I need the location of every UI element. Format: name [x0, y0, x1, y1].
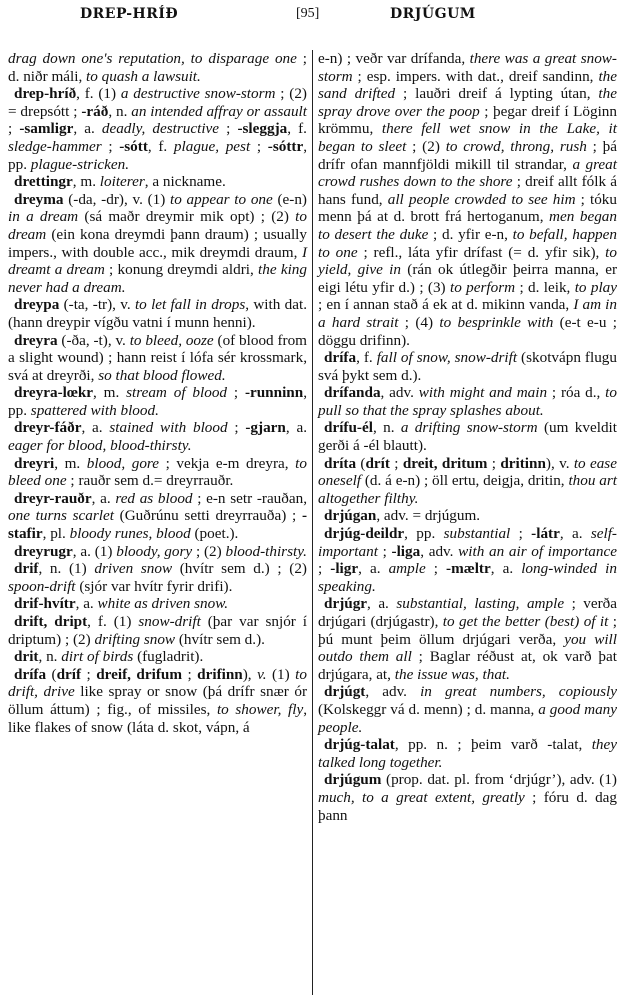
entry-text: , f.	[148, 138, 174, 155]
headword: dreyr-fáðr	[14, 419, 81, 436]
entry-text: , n.	[373, 419, 401, 436]
entry-text: ; en í annan stað á ek at d. mikinn vand…	[318, 296, 573, 313]
entry-text: (sá maðr dreymir mik opt) ; (2)	[78, 208, 295, 225]
headword: dritinn	[500, 455, 546, 472]
translation: plague, pest	[174, 138, 250, 155]
dictionary-entry: dreyrugr, a. (1) bloody, gory ; (2) bloo…	[8, 543, 307, 561]
entry-text: , f. (1)	[76, 85, 121, 102]
translation: bloody, gory	[116, 543, 192, 560]
headword: -ráð	[81, 103, 108, 120]
dictionary-entry: dreypa (-ta, -tr), v. to let fall in dro…	[8, 296, 307, 331]
entry-text: ;	[426, 560, 446, 577]
headword: -liga	[392, 543, 421, 560]
translation: white as driven snow.	[98, 595, 229, 612]
translation: the issue was, that.	[395, 666, 510, 683]
headword: drifinn	[197, 666, 243, 683]
entry-text: ;	[390, 455, 403, 472]
headword: dreyrugr	[14, 543, 73, 560]
entry-text: (-da, -dr), v. (1)	[64, 191, 171, 208]
entry-text: ; róa d.,	[547, 384, 605, 401]
translation: so that blood flowed.	[98, 367, 225, 384]
entry-text: ;	[81, 666, 96, 683]
headword: dreif, drifum	[96, 666, 182, 683]
headword: -sleggja	[237, 120, 287, 137]
entry-text: , a.	[73, 120, 102, 137]
entry-text: (d. á e-n) ; öll ertu, deigja, dritin,	[361, 472, 568, 489]
translation: in great numbers, copiously	[420, 683, 617, 700]
entry-text: (Kolskeggr vá d. menn) ; d. manna,	[318, 701, 538, 718]
headword: drjúg-deildr	[324, 525, 404, 542]
entry-text: (hvítr sem d.) ; (2)	[172, 560, 307, 577]
entry-text: (1)	[267, 666, 296, 683]
entry-text: ; (2)	[192, 543, 225, 560]
entry-text: , m.	[54, 455, 87, 472]
dictionary-entry: drífa, f. fall of snow, snow-drift (skot…	[318, 349, 617, 384]
dictionary-entry: drjúgt, adv. in great numbers, copiously…	[318, 683, 617, 736]
entry-text: (e-n)	[273, 191, 307, 208]
headword: dreyra-lœkr	[14, 384, 93, 401]
translation: eager for blood, blood-thirsty.	[8, 437, 192, 454]
entry-text: (poet.).	[191, 525, 239, 542]
entry-text: , adv.	[381, 384, 419, 401]
right-guide-word: DRJÚGUM	[390, 6, 476, 22]
translation: to crowd, throng, rush	[446, 138, 587, 155]
headword: dríta	[324, 455, 356, 472]
translation: to besprinkle with	[439, 314, 553, 331]
headword: dreyr-rauðr	[14, 490, 92, 507]
entry-text: ),	[243, 666, 257, 683]
entry-text: , adv.	[365, 683, 420, 700]
dictionary-entry: drjúg-talat, pp. n. ; þeim varð -talat, …	[318, 736, 617, 771]
dictionary-entry: drettingr, m. loiterer, a nickname.	[8, 173, 307, 191]
headword: -látr	[531, 525, 560, 542]
translation: to quash a lawsuit.	[86, 68, 201, 85]
headword: drífa	[324, 349, 356, 366]
dictionary-entry: dreyra-lœkr, m. stream of blood ; -runni…	[8, 384, 307, 419]
translation: an intended affray or assault	[131, 103, 307, 120]
headword: -sótt	[119, 138, 148, 155]
translation: ample	[389, 560, 426, 577]
headword: drep-hríð	[14, 85, 76, 102]
entry-text: ; d. leik,	[515, 279, 575, 296]
translation: sledge-hammer	[8, 138, 102, 155]
translation: one turns scarlet	[8, 507, 114, 524]
entry-text: (ein kona dreymdi þann draum) ; usually …	[8, 226, 307, 261]
entry-text: , n.	[108, 103, 131, 120]
translation: snow-drift	[138, 613, 200, 630]
headword: drjúgum	[324, 771, 381, 788]
entry-text: ;	[227, 384, 245, 401]
dictionary-entry: drjúgr, a. substantial, lasting, ample ;…	[318, 595, 617, 683]
entry-text: ; vekja e-m dreyra,	[159, 455, 295, 472]
left-guide-word: DREP-HRÍÐ	[80, 6, 178, 22]
dictionary-entry: dreyr-fáðr, a. stained with blood ; -gja…	[8, 419, 307, 454]
entry-text: ; e-n setr -rauðan,	[193, 490, 308, 507]
entry-text: ; d. yfir e-n,	[428, 226, 512, 243]
translation: to let fall in drops	[135, 296, 245, 313]
headword: drif-hvítr	[14, 595, 76, 612]
dictionary-entry: drep-hríð, f. (1) a destructive snow-sto…	[8, 85, 307, 173]
entry-text: , pp.	[404, 525, 443, 542]
headword: -gjarn	[245, 419, 286, 436]
translation: substantial	[444, 525, 511, 542]
translation: red as blood	[115, 490, 192, 507]
entry-text: , n. (1)	[38, 560, 94, 577]
entry-text: ;	[378, 543, 392, 560]
headword: dreyra	[14, 332, 58, 349]
dictionary-entry: drjúgan, adv. = drjúgum.	[318, 507, 617, 525]
entry-text: , a.	[358, 560, 388, 577]
entry-text: ;	[8, 120, 19, 137]
dictionary-entry: dreyra (-ða, -t), v. to bleed, ooze (of …	[8, 332, 307, 385]
headword: drif	[14, 560, 38, 577]
entry-text: ;	[219, 120, 237, 137]
dictionary-entry: dreyma (-da, -dr), v. (1) to appear to o…	[8, 191, 307, 297]
translation: drag down one's reputation, to disparage…	[8, 50, 297, 67]
entry-text: , f.	[356, 349, 377, 366]
dictionary-entry: drífu-él, n. a drifting snow-storm (um k…	[318, 419, 617, 454]
entry-text: ; konung dreymdi aldri,	[105, 261, 258, 278]
headword: drífanda	[324, 384, 381, 401]
headword: dreyma	[14, 191, 64, 208]
translation: a destructive snow-storm	[121, 85, 276, 102]
headword: drjúg-talat	[324, 736, 395, 753]
translation: to play	[575, 279, 617, 296]
translation: blood, gore	[87, 455, 159, 472]
translation: with might and main	[419, 384, 547, 401]
headword: drit	[14, 648, 38, 665]
headword: dreypa	[14, 296, 59, 313]
entry-text: , n.	[38, 648, 61, 665]
entry-text: , a.	[367, 595, 396, 612]
entry-text: , m.	[93, 384, 126, 401]
translation: deadly, destructive	[102, 120, 219, 137]
translation: substantial, lasting, ample	[396, 595, 564, 612]
entry-text: ;	[228, 419, 246, 436]
dictionary-entry: drífanda, adv. with might and main ; róa…	[318, 384, 617, 419]
translation: dirt of birds	[61, 648, 133, 665]
translation: with an air of importance	[458, 543, 617, 560]
translation: all people crowded to see him	[388, 191, 576, 208]
entry-text: (-ða, -t), v.	[58, 332, 130, 349]
translation: to perform	[450, 279, 515, 296]
entry-text: , pp. n. ; þeim varð -talat,	[395, 736, 592, 753]
translation: plague-stricken.	[31, 156, 129, 173]
entry-text: , f. (1)	[87, 613, 138, 630]
entry-text: , a. (1)	[73, 543, 116, 560]
translation: loiterer	[100, 173, 145, 190]
dictionary-entry: dreyri, m. blood, gore ; vekja e-m dreyr…	[8, 455, 307, 490]
entry-text: , a.	[560, 525, 591, 542]
translation: drifting snow	[94, 631, 175, 648]
entry-text: ), v.	[546, 455, 574, 472]
headword: drjúgt	[324, 683, 365, 700]
entry-text: , a.	[286, 419, 307, 436]
entry-text: ;	[182, 666, 197, 683]
dictionary-entry: dreyr-rauðr, a. red as blood ; e-n setr …	[8, 490, 307, 543]
dictionary-entry: e-n) ; veðr var drífanda, there was a gr…	[318, 50, 617, 349]
headword: -runninn	[245, 384, 303, 401]
entry-text: ; refl., láta yfir drífast (= d. yfir si…	[358, 244, 606, 261]
entry-text: (hvítr sem d.).	[175, 631, 265, 648]
translation: blood-thirsty.	[225, 543, 306, 560]
entry-text: , a.	[92, 490, 116, 507]
dictionary-entry: drjúgum (prop. dat. pl. from ‘drjúgr’), …	[318, 771, 617, 824]
translation: a drifting snow-storm	[401, 419, 538, 436]
entry-text: , f.	[287, 120, 307, 137]
dictionary-entry: dríta (drít ; dreit, dritum ; dritinn), …	[318, 455, 617, 508]
headword: -ligr	[330, 560, 358, 577]
dictionary-entry: drit, n. dirt of birds (fugladrit).	[8, 648, 307, 666]
headword: dreit, dritum	[403, 455, 488, 472]
entry-text: ;	[318, 560, 330, 577]
running-header: DREP-HRÍÐ [95] DRJÚGUM	[0, 4, 625, 28]
headword: drífu-él	[324, 419, 373, 436]
headword: -mæltr	[446, 560, 491, 577]
dictionary-entry: drag down one's reputation, to disparage…	[8, 50, 307, 85]
translation: in a dream	[8, 208, 78, 225]
dictionary-entry: drjúg-deildr, pp. substantial ; -látr, a…	[318, 525, 617, 595]
headword: dríf	[57, 666, 81, 683]
translation: spattered with blood.	[31, 402, 159, 419]
entry-text: , a nickname.	[145, 173, 226, 190]
entry-text: , m.	[73, 173, 100, 190]
translation: to appear to one	[170, 191, 273, 208]
headword: -sóttr	[268, 138, 303, 155]
entry-text: (fugladrit).	[133, 648, 203, 665]
translation: driven snow	[94, 560, 172, 577]
headword: drjúgan	[324, 507, 376, 524]
entry-text: ; (4)	[398, 314, 439, 331]
entry-text: ;	[250, 138, 268, 155]
entry-text: (	[46, 666, 57, 683]
entry-text: ; lauðri dreif á lypting útan,	[395, 85, 598, 102]
entry-text: , a.	[81, 419, 109, 436]
dictionary-entry: drífa (dríf ; dreif, drifum ; drifinn), …	[8, 666, 307, 736]
translation: stained with blood	[109, 419, 227, 436]
entry-text: , a.	[491, 560, 521, 577]
translation: bloody runes, blood	[70, 525, 191, 542]
entry-text: , adv.	[420, 543, 458, 560]
dictionary-entry: drif, n. (1) driven snow (hvítr sem d.) …	[8, 560, 307, 595]
entry-text: , pl.	[43, 525, 70, 542]
entry-text: ; esp. impers. with dat., dreif sandinn,	[353, 68, 599, 85]
right-column: e-n) ; veðr var drífanda, there was a gr…	[318, 50, 617, 824]
dictionary-entry: drift, dript, f. (1) snow-drift (þar var…	[8, 613, 307, 648]
translation: much, to a great extent, greatly	[318, 789, 525, 806]
headword: drettingr	[14, 173, 73, 190]
entry-text: ; rauðr sem d.= dreyrrauðr.	[67, 472, 234, 489]
translation: v.	[257, 666, 266, 683]
translation: to shower, fly	[217, 701, 303, 718]
entry-text: ;	[102, 138, 120, 155]
entry-text: , a.	[76, 595, 98, 612]
headword: drjúgr	[324, 595, 367, 612]
translation: stream of blood	[126, 384, 227, 401]
headword: drift, dript	[14, 613, 87, 630]
entry-text: ;	[510, 525, 531, 542]
entry-text: (prop. dat. pl. from ‘drjúgr’), adv. (1)	[381, 771, 617, 788]
translation: fall of snow, snow-drift	[377, 349, 517, 366]
entry-text: ; (2)	[406, 138, 445, 155]
column-divider	[312, 50, 313, 995]
dictionary-entry: drif-hvítr, a. white as driven snow.	[8, 595, 307, 613]
entry-text: ;	[487, 455, 500, 472]
entry-text: (Guðrúnu setti dreyrrauða) ;	[114, 507, 302, 524]
translation: spoon-drift	[8, 578, 76, 595]
page-number: [95]	[296, 6, 319, 22]
translation: to bleed, ooze	[130, 332, 214, 349]
entry-text: e-n) ; veðr var drífanda,	[318, 50, 470, 67]
entry-text: , adv. = drjúgum.	[376, 507, 480, 524]
headword: drífa	[14, 666, 46, 683]
entry-text: (sjór var hvítr fyrir drifi).	[76, 578, 233, 595]
left-column: drag down one's reputation, to disparage…	[8, 50, 307, 736]
entry-text: (-ta, -tr), v.	[59, 296, 135, 313]
headword: drít	[365, 455, 389, 472]
headword: dreyri	[14, 455, 54, 472]
translation: to get the better (best) of it	[443, 613, 609, 630]
headword: -samligr	[19, 120, 73, 137]
